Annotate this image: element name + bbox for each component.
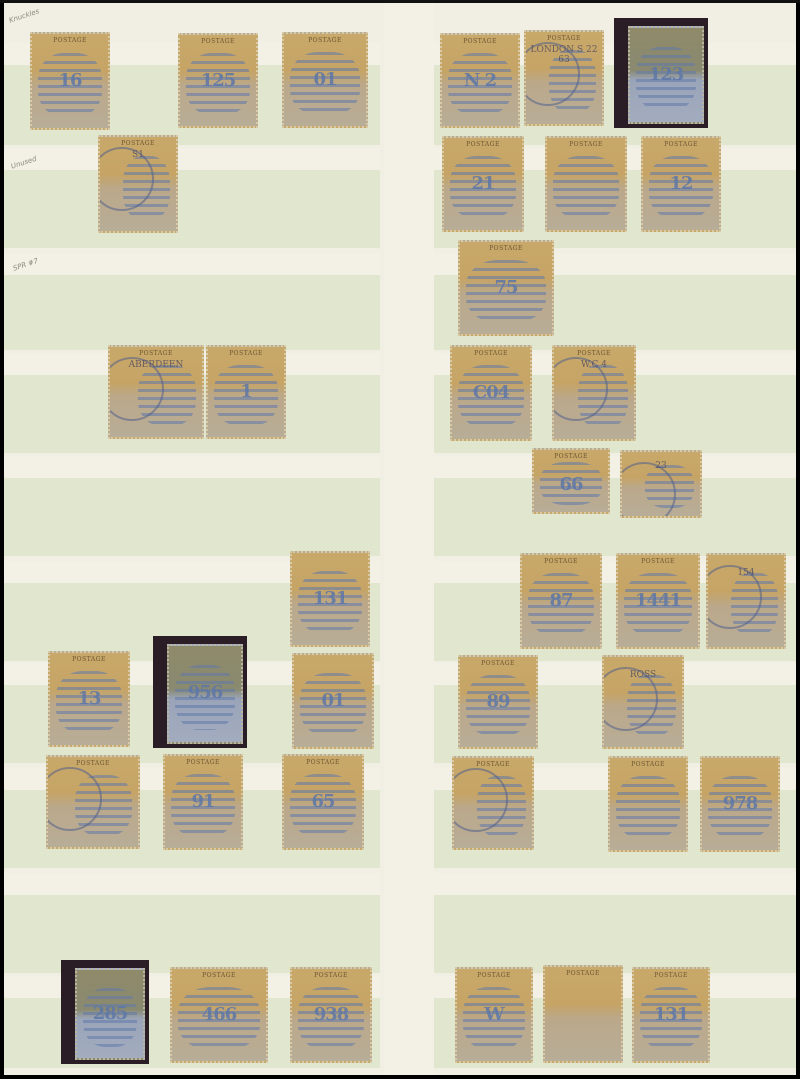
stamp-footer [625,507,697,514]
stamp-footer [51,838,135,845]
stamp-footer [621,638,695,645]
stamp[interactable]: 285 [61,960,149,1064]
stamp-header: POSTAGE [175,972,263,980]
stamp-header: POSTAGE [548,970,618,978]
stamp[interactable]: POSTAGEABERDEEN [108,345,204,439]
stamp-footer [211,428,281,435]
stamp[interactable]: 23 [620,450,702,518]
stamp[interactable]: POSTAGE66 [532,448,610,514]
stamp[interactable]: POSTAGE21 [442,136,524,232]
cancel-number: 956 [169,682,241,703]
stamp-footer [646,221,716,228]
stamp-header: POSTAGE [460,972,528,980]
stamp-footer [113,428,199,435]
stamp[interactable]: POSTAGE938 [290,967,372,1063]
stamp-footer [447,221,519,228]
stamp[interactable]: POSTAGE91 [163,754,243,850]
stamp-footer [529,115,599,122]
datestamp-text: ROSS [604,670,682,680]
cancel-number: 89 [460,691,536,712]
stamp[interactable]: POSTAGEW [455,967,533,1063]
stamp-footer [711,638,781,645]
stamp-header: POSTAGE [103,140,173,148]
stamp[interactable]: ROSS [602,655,684,749]
cancel-number: 01 [294,690,372,711]
stamp[interactable]: POSTAGE125 [178,33,258,128]
cancel-number: 125 [180,70,256,91]
stamp[interactable]: POSTAGE89 [458,655,538,749]
cancel-number: 12 [643,173,719,194]
stamp-footer [287,839,359,846]
stamp-image: 285 [75,968,145,1060]
stamp-footer [295,636,365,643]
barred-cancel-icon [553,156,619,219]
stamp[interactable]: POSTAGELONDON S 22 63 [524,30,604,126]
stamp[interactable]: POSTAGEC04 [450,345,532,441]
center-gutter [384,3,434,1075]
stamp-header: POSTAGE [525,558,597,566]
stamp-footer [455,430,527,437]
cancel-number: 13 [50,688,128,709]
cancel-number: 123 [630,64,702,85]
stamp-footer [287,117,363,124]
cancel-number: 285 [77,1003,143,1024]
datestamp-text: W.C 4 [554,360,634,370]
stamp[interactable]: 154 [706,553,786,649]
stamp[interactable]: POSTAGE65 [282,754,364,850]
stamp[interactable]: POSTAGE87 [520,553,602,649]
stamp-header: POSTAGE [295,972,367,980]
stamp-image: 123 [628,26,704,124]
stamp-footer [548,1052,618,1059]
cancel-number: 66 [534,474,608,495]
stamp[interactable]: POSTAGES1 [98,135,178,233]
stamp-header: POSTAGE [550,141,622,149]
cancel-number: 131 [634,1004,708,1025]
stamp-footer [445,117,515,124]
stamp-footer [457,839,529,846]
stamp[interactable]: 123 [614,18,708,128]
stamp[interactable]: POSTAGEN 2 [440,33,520,128]
stamp-footer [550,221,622,228]
stamp-header: POSTAGE [646,141,716,149]
stamp-footer [637,1052,705,1059]
stamp[interactable]: POSTAGE1441 [616,553,700,649]
barred-cancel-icon [616,776,680,839]
stamp[interactable]: POSTAGE [608,756,688,852]
cancel-number: 21 [444,173,522,194]
stamp[interactable]: 978 [700,756,780,852]
stamp[interactable]: 01 [292,653,374,749]
stamp-header: POSTAGE [53,656,125,664]
stamp-footer [295,1052,367,1059]
stamp-header: POSTAGE [537,453,605,461]
datestamp-text: 154 [708,568,784,578]
cancel-number: 938 [292,1004,370,1025]
stamp[interactable]: POSTAGE12 [641,136,721,232]
stamp-header: POSTAGE [463,245,549,253]
annotation-1: Knuckles [8,7,40,24]
stamp[interactable]: POSTAGE [545,136,627,232]
datestamp-text: ABERDEEN [110,360,202,370]
stamp[interactable]: POSTAGE75 [458,240,554,336]
stamp-footer [53,736,125,743]
stamp-footer [168,839,238,846]
stamp-footer [705,841,775,848]
stamp-header: POSTAGE [35,37,105,45]
stamp-header: POSTAGE [457,761,529,769]
stamp[interactable]: 956 [153,636,247,748]
stamp-header: POSTAGE [613,761,683,769]
cancel-number: W [457,1004,531,1025]
cancel-number: 131 [292,588,368,609]
datestamp-text: 23 [622,461,700,471]
stamp-header: POSTAGE [621,558,695,566]
stamp-header [607,660,679,668]
stamp-footer [183,117,253,124]
stamp-footer [463,738,533,745]
stamp-header: POSTAGE [463,660,533,668]
stamp-header: POSTAGE [287,37,363,45]
stamp[interactable]: POSTAGE [452,756,534,850]
stamp-footer [103,222,173,229]
cancel-number: 75 [460,277,552,298]
stamp-header [295,556,365,564]
stamp-footer [460,1052,528,1059]
cancel-number: C04 [452,382,530,403]
cancel-number: 91 [165,791,241,812]
datestamp-text: S1 [100,150,176,160]
stamp-header: POSTAGE [445,38,515,46]
stamp[interactable]: 131 [290,551,370,647]
cancel-number: 466 [172,1004,266,1025]
cancel-number: 978 [702,793,778,814]
cancel-number: 1441 [618,590,698,611]
stamp-header: POSTAGE [287,759,359,767]
stamp-header: POSTAGE [447,141,519,149]
stamp[interactable]: POSTAGE [46,755,140,849]
stamp-header: POSTAGE [455,350,527,358]
stamp[interactable]: POSTAGE [543,965,623,1063]
stamp-footer [175,1052,263,1059]
stamp-header [711,558,781,566]
stamp[interactable]: POSTAGEW.C 4 [552,345,636,441]
stamp[interactable]: POSTAGE01 [282,32,368,128]
stamp-header: POSTAGE [637,972,705,980]
stamp-footer [297,738,369,745]
stamp-header [705,761,775,769]
stamp-footer [525,638,597,645]
stamp-footer [557,430,631,437]
cancel-number: 87 [522,590,600,611]
stockbook-page: KnucklesUnusedSPR #7 POSTAGE16POSTAGE125… [4,3,796,1075]
cancel-number: 01 [284,69,366,90]
stamp-footer [537,503,605,510]
stamp-footer [613,841,683,848]
stamp[interactable]: POSTAGE466 [170,967,268,1063]
cancel-number: 16 [32,70,108,91]
cancel-number: N 2 [442,70,518,91]
stamp-header [297,658,369,666]
stamp[interactable]: POSTAGE16 [30,32,110,130]
datestamp-text: LONDON S 22 63 [526,45,602,65]
stamp-header: POSTAGE [168,759,238,767]
stamp-header: POSTAGE [183,38,253,46]
stamp-footer [35,119,105,126]
cancel-number: 65 [284,791,362,812]
stamp-image: 956 [167,644,243,744]
stamp-footer [463,325,549,332]
cancel-number: 1 [208,381,284,402]
stamp-header: POSTAGE [529,35,599,43]
stamp[interactable]: POSTAGE131 [632,967,710,1063]
stamp-footer [607,738,679,745]
stamp[interactable]: POSTAGE13 [48,651,130,747]
stamp[interactable]: POSTAGE1 [206,345,286,439]
stamp-header: POSTAGE [211,350,281,358]
